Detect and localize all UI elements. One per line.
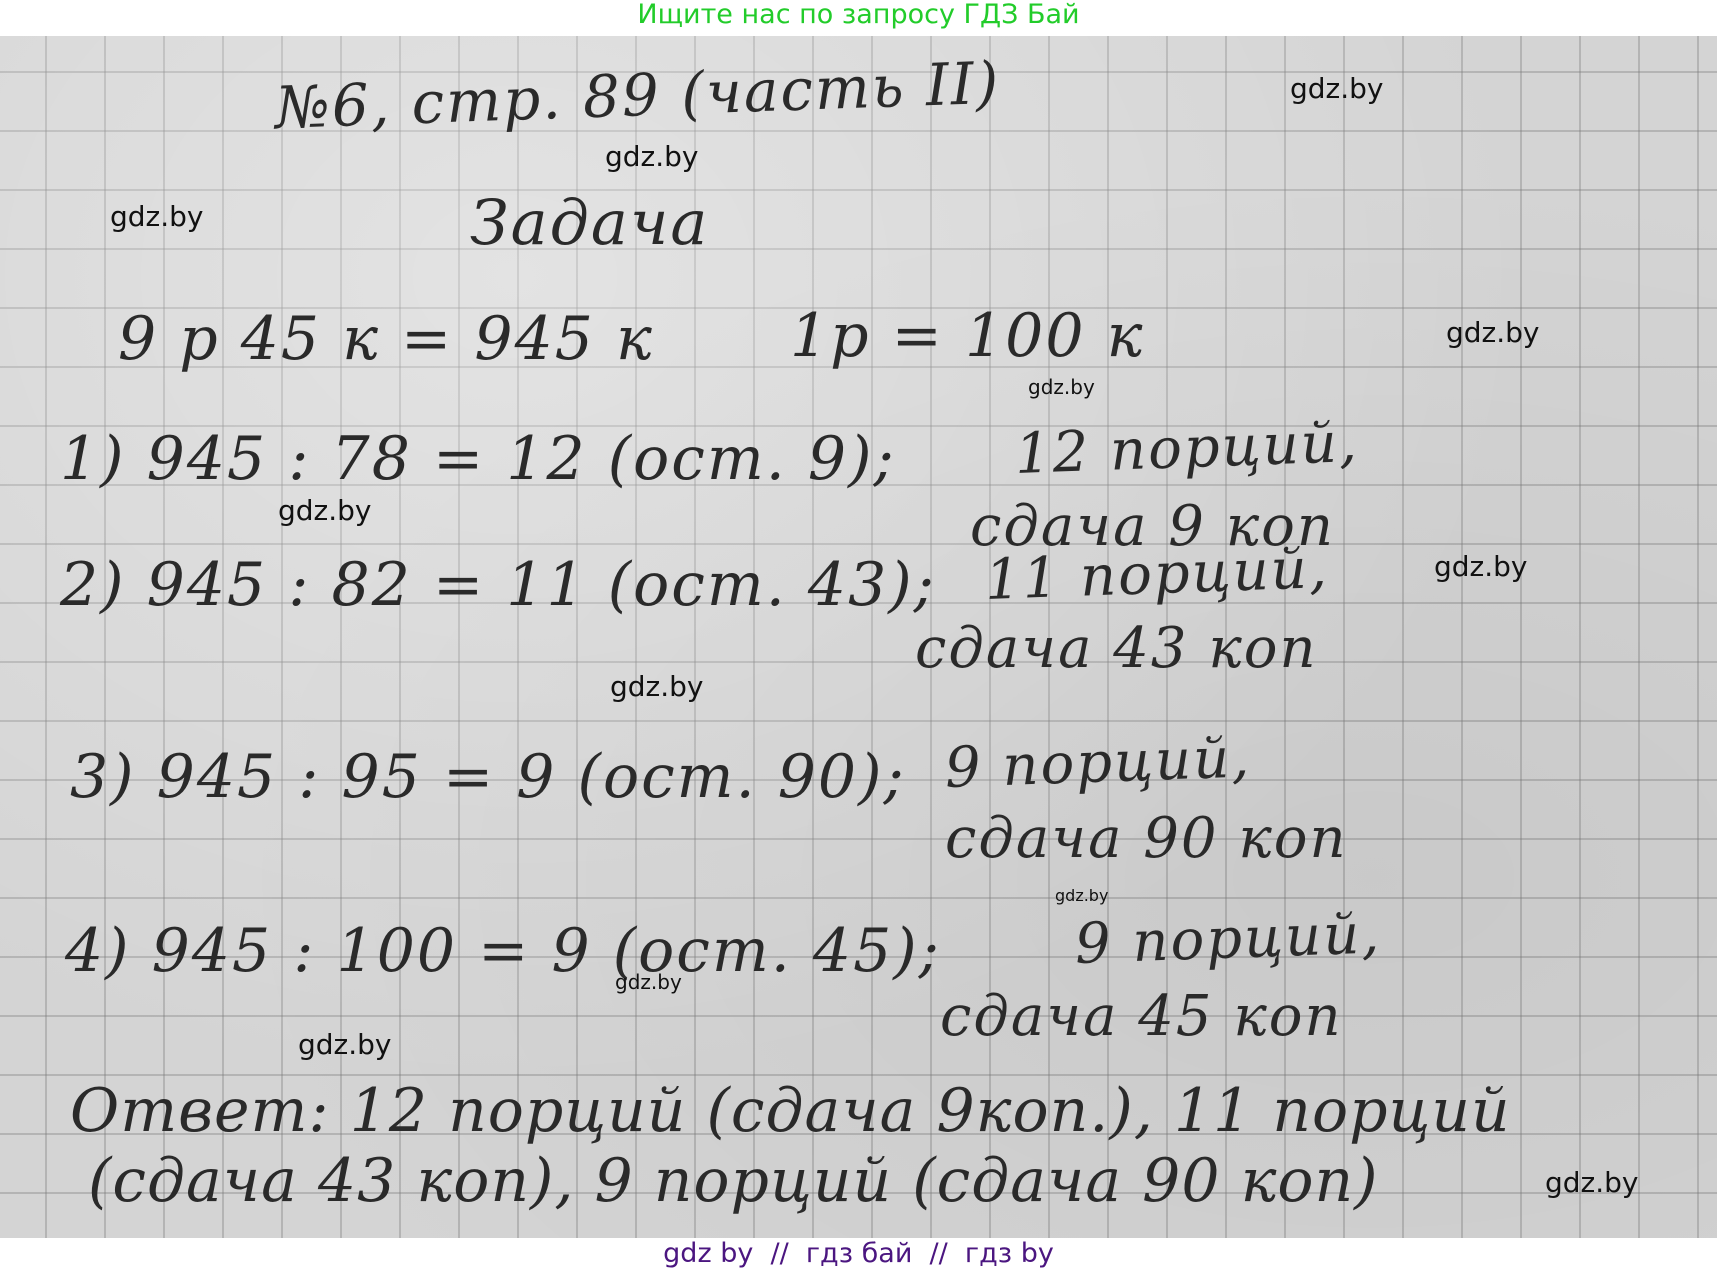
watermark: gdz.by: [605, 140, 699, 173]
conversion-right: 1р = 100 к: [790, 301, 1144, 371]
answer-line-2: (сдача 43 коп), 9 порций (сдача 90 коп): [88, 1146, 1379, 1216]
footer-text: gdz by // гдз бай // гдз by: [663, 1238, 1054, 1269]
step-3-result: 9 порций,: [944, 725, 1252, 801]
watermark: gdz.by: [615, 970, 682, 994]
step-2-result: 11 порций,: [984, 536, 1330, 613]
step-3-change: сдача 90 коп: [945, 806, 1348, 871]
step-4-expression: 4) 945 : 100 = 9 (ост. 45);: [65, 916, 941, 986]
banner-text: Ищите нас по запросу ГДЗ Бай: [637, 0, 1079, 30]
watermark: gdz.by: [110, 200, 204, 233]
watermark: gdz.by: [610, 670, 704, 703]
footer-banner: gdz by // гдз бай // гдз by: [0, 1238, 1717, 1273]
step-4-result: 9 порций,: [1074, 901, 1382, 977]
exercise-header: №6, стр. 89 (часть II): [274, 49, 1002, 142]
step-2-change: сдача 43 коп: [915, 616, 1318, 681]
search-banner: Ищите нас по запросу ГДЗ Бай: [0, 0, 1717, 36]
watermark: gdz.by: [1055, 886, 1108, 905]
watermark: gdz.by: [1434, 550, 1528, 583]
watermark: gdz.by: [298, 1028, 392, 1061]
watermark: gdz.by: [1028, 375, 1095, 399]
task-title: Задача: [470, 186, 709, 259]
step-4-change: сдача 45 коп: [940, 984, 1343, 1049]
conversion-left: 9 р 45 к = 945 к: [118, 304, 654, 374]
step-1-result: 12 порций,: [1014, 410, 1360, 487]
watermark: gdz.by: [1446, 316, 1540, 349]
notebook-photo: №6, стр. 89 (часть II) Задача 9 р 45 к =…: [0, 36, 1717, 1238]
watermark: gdz.by: [1545, 1166, 1639, 1199]
step-2-expression: 2) 945 : 82 = 11 (ост. 43);: [60, 550, 936, 620]
watermark: gdz.by: [278, 494, 372, 527]
step-1-expression: 1) 945 : 78 = 12 (ост. 9);: [60, 424, 896, 494]
watermark: gdz.by: [1290, 72, 1384, 105]
step-3-expression: 3) 945 : 95 = 9 (ост. 90);: [70, 742, 906, 812]
answer-line-1: Ответ: 12 порций (сдача 9коп.), 11 порци…: [70, 1076, 1511, 1146]
